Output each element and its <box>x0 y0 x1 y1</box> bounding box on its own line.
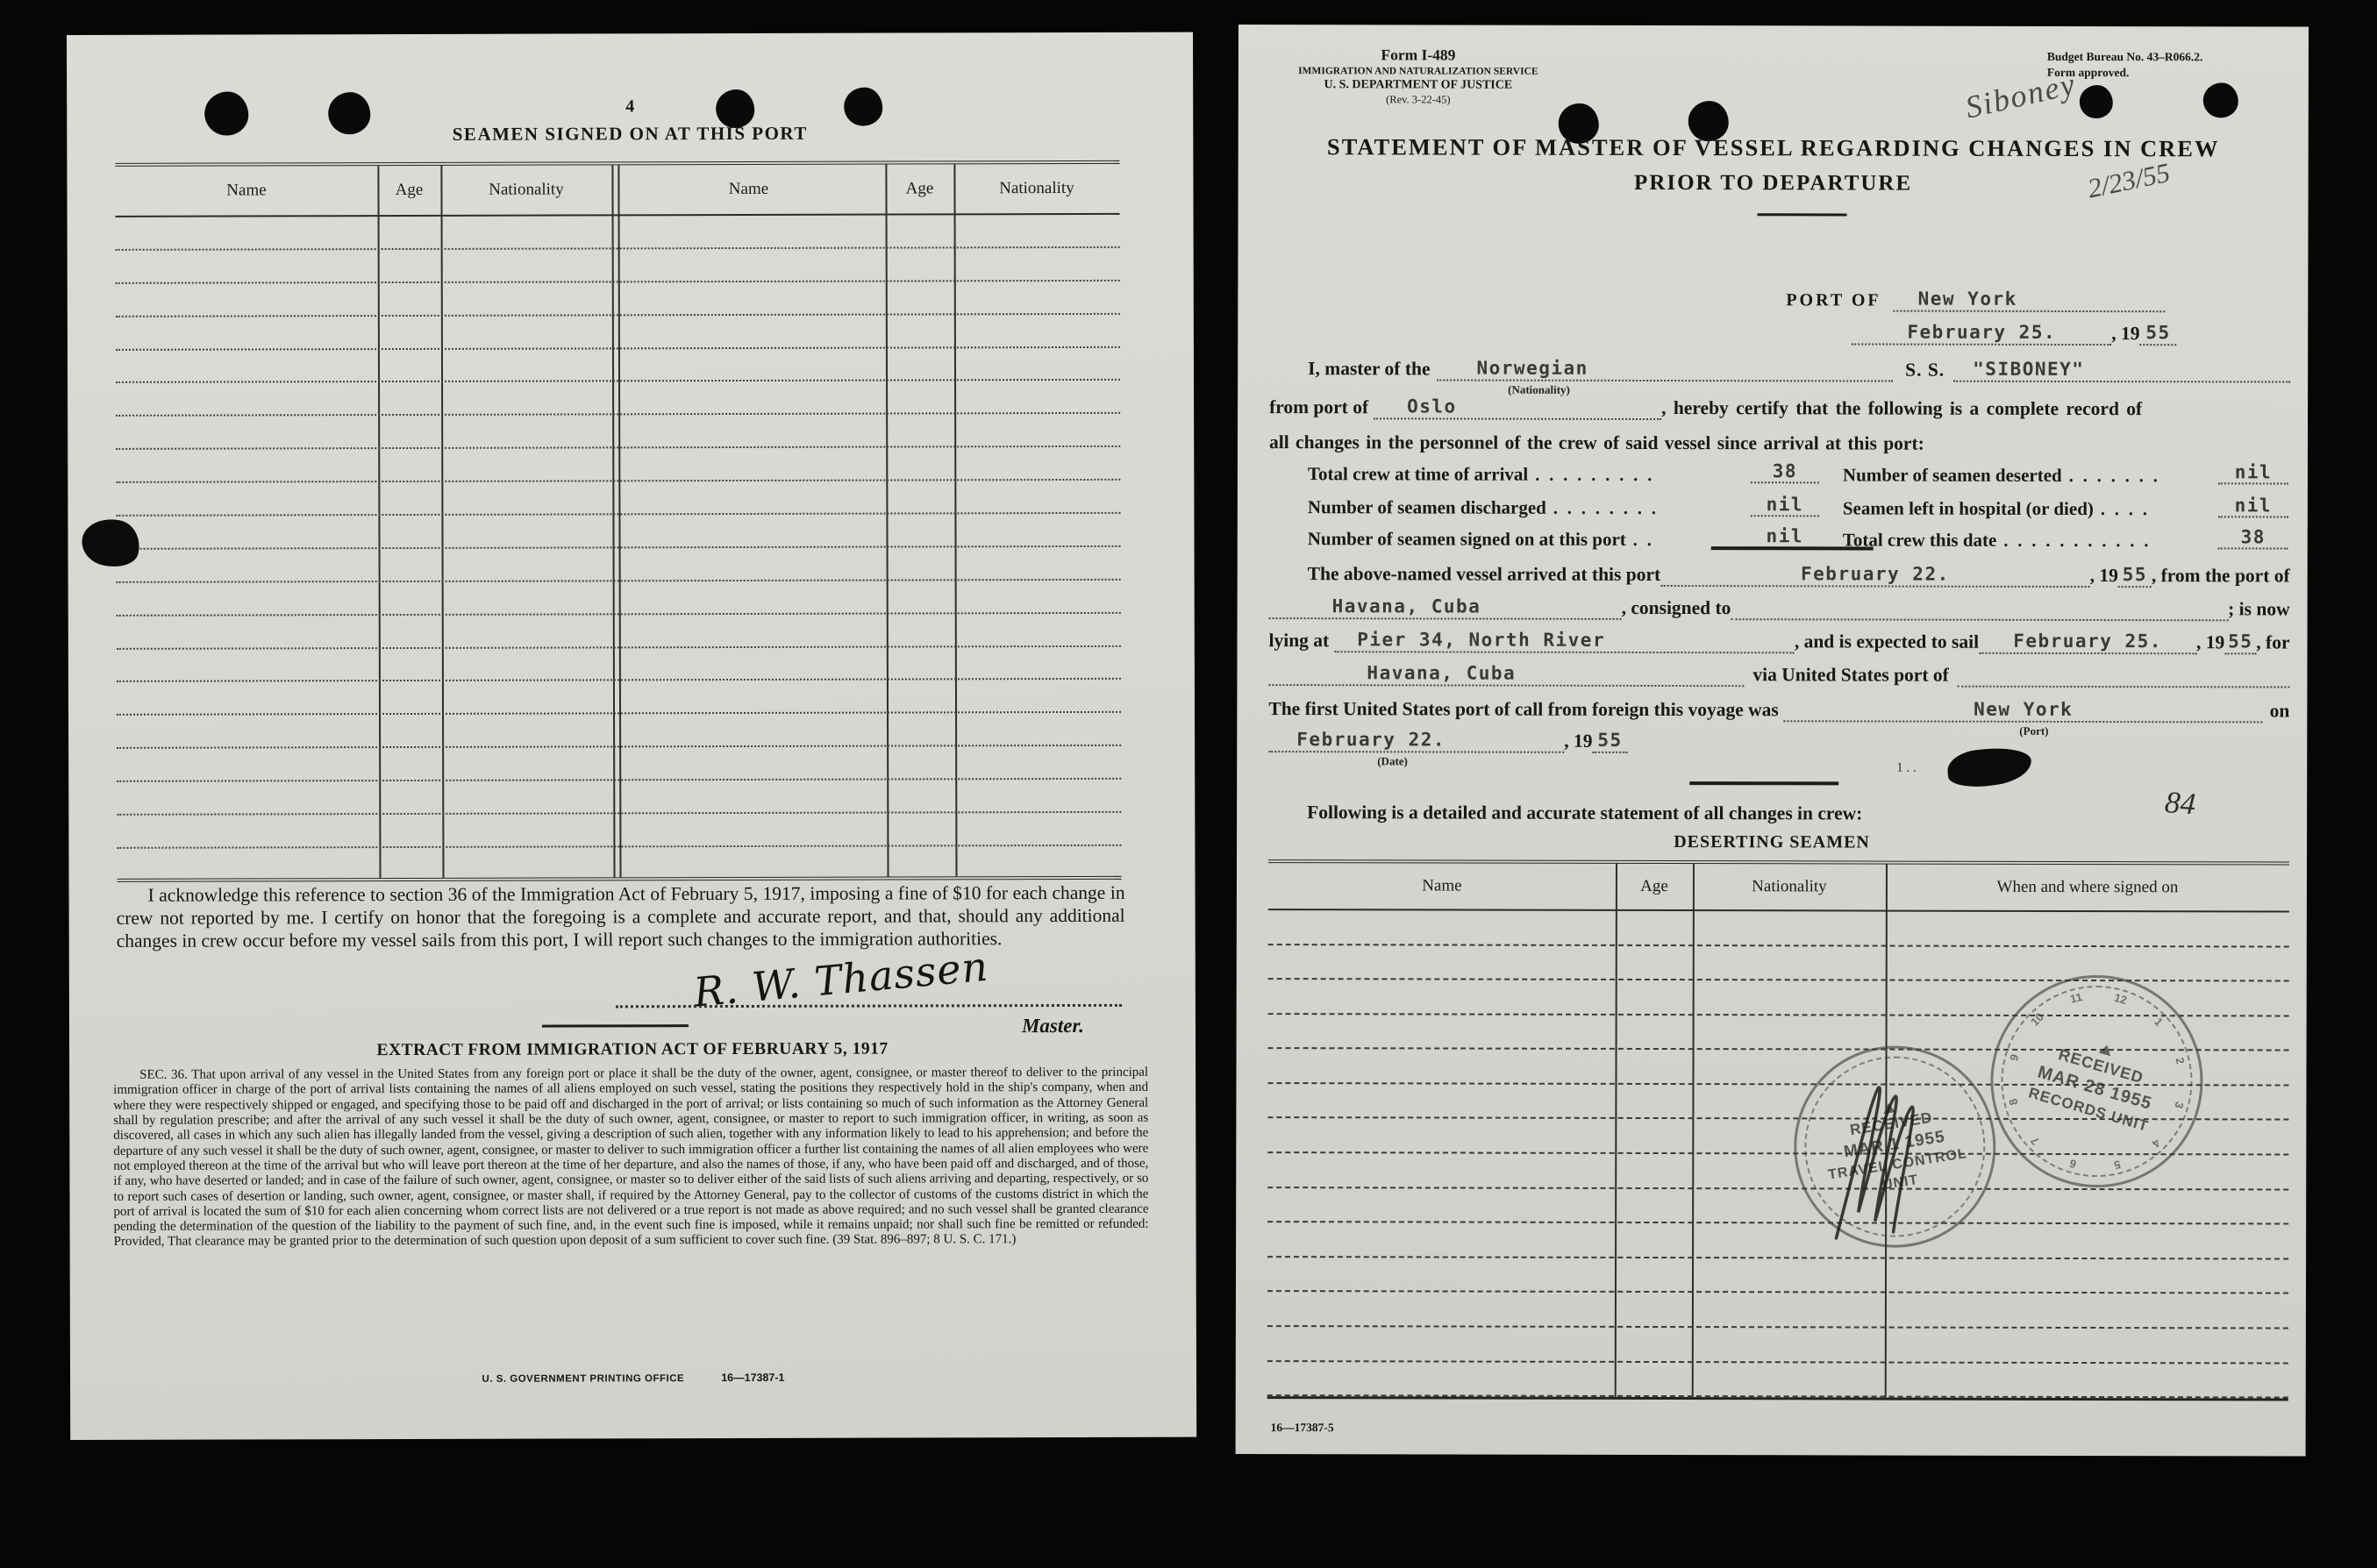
certify-line: all changes in the personnel of the crew… <box>1269 431 1924 455</box>
destination-field: Havana, Cuba <box>1268 663 1744 687</box>
stamp-dial-number: 5 <box>2113 1158 2123 1172</box>
table-row <box>117 646 1121 682</box>
budget-bureau-number: Budget Bureau No. 43–R066.2. <box>2047 49 2309 65</box>
port-line: PORT OF New York <box>1786 289 2165 312</box>
column-header-age: Age <box>1616 877 1693 896</box>
table-row <box>116 248 1120 284</box>
column-header-nationality: Nationality <box>953 179 1119 198</box>
extract-title: EXTRACT FROM IMMIGRATION ACT OF FEBRUARY… <box>69 1039 1196 1061</box>
arrival-year-value: 55 <box>2123 564 2147 585</box>
agency-name: IMMIGRATION AND NATURALIZATION SERVICE <box>1274 65 1563 78</box>
sail-date-field: February 25. <box>1979 631 2196 655</box>
sail-year-value: 55 <box>2228 631 2252 652</box>
lying-location-value: Pier 34, North River <box>1357 629 1605 651</box>
arrival-year-prefix: , 19 <box>2090 565 2118 587</box>
year-field: 55 <box>2139 323 2176 346</box>
column-header-name: Name <box>115 181 377 201</box>
divider-line <box>1689 781 1838 785</box>
nationality-value: Norwegian <box>1476 358 1588 379</box>
following-line: Following is a detailed and accurate sta… <box>1307 802 1862 824</box>
footer-code: 16—17387-5 <box>1271 1421 1334 1435</box>
date-field: February 25. <box>1852 322 2111 346</box>
table-row <box>117 813 1121 849</box>
sail-year-prefix: , 19 <box>2196 631 2224 653</box>
budget-bureau-block: Budget Bureau No. 43–R066.2. Form approv… <box>2047 49 2309 81</box>
stat-left-hospital: Seamen left in hospital (or died) . . . … <box>1843 497 2150 520</box>
form-title-line2: PRIOR TO DEPARTURE <box>1238 170 2309 197</box>
table-row <box>116 447 1120 483</box>
column-header-signed-on: When and where signed on <box>1886 878 2289 898</box>
signature-caption: Master. <box>1022 1015 1084 1037</box>
lying-location-field: Pier 34, North River <box>1334 630 1795 653</box>
column-header-nationality: Nationality <box>1693 877 1886 896</box>
records-unit-stamp: RECEIVED MAR 28 1955 RECORDS UNIT 12 1 2… <box>1990 975 2203 1188</box>
table-row <box>1268 945 2289 982</box>
divider-line <box>1711 546 1874 550</box>
stamp-dial-number: 4 <box>2150 1137 2164 1151</box>
page-number: 4 <box>67 96 1193 118</box>
arrival-date-field: February 22. <box>1660 564 2089 588</box>
lying-mid: , and is expected to sail <box>1795 631 1979 652</box>
port-field: New York <box>1894 289 2166 313</box>
dot-leader: . . . . <box>2101 500 2150 520</box>
stat-value: nil <box>1751 494 1819 517</box>
table-title: SEAMEN SIGNED ON AT THIS PORT <box>67 122 1193 146</box>
stamp-dial-number: 7 <box>2028 1134 2042 1148</box>
first-date-year-prefix: , 19 <box>1564 731 1592 752</box>
table-row <box>116 381 1120 417</box>
ship-name-field: "SIBONEY" <box>1953 360 2290 383</box>
table-row <box>1267 1292 2288 1329</box>
punch-hole <box>2080 85 2113 118</box>
signature-line <box>616 1004 1122 1009</box>
arrival-date-value: February 22. <box>1801 563 1950 584</box>
table-row <box>116 481 1120 517</box>
document-page-right: Form I-489 IMMIGRATION AND NATURALIZATIO… <box>1236 25 2309 1457</box>
dot-leader: . . . . . . . . . . . <box>2003 531 2151 552</box>
arrival-line: The above-named vessel arrived at this p… <box>1308 563 2290 588</box>
stat-value: 38 <box>1751 460 1819 483</box>
stat-label: Seamen left in hospital (or died) <box>1843 497 2094 520</box>
stamp-dial-number: 12 <box>2113 991 2129 1007</box>
sail-year-field: 55 <box>2224 631 2256 654</box>
dot-leader: . . . . . . . . . <box>1535 466 1654 486</box>
master-line: I, master of the Norwegian S. S. "SIBONE… <box>1308 358 2290 382</box>
first-date-value: February 22. <box>1296 729 1445 750</box>
table-row <box>117 780 1121 816</box>
table-row <box>117 713 1121 749</box>
from-port-post: , hereby certify that the following is a… <box>1661 397 2142 420</box>
table-row <box>116 282 1120 317</box>
arrived-from-port-field: Havana, Cuba <box>1269 596 1622 620</box>
master-line-pre: I, master of the <box>1308 358 1430 380</box>
ss-label: S. S. <box>1905 360 1945 381</box>
table-row <box>117 680 1121 716</box>
handwritten-page-number: 84 <box>2164 785 2197 822</box>
stat-value: 38 <box>2218 526 2288 549</box>
column-header-age: Age <box>885 179 953 198</box>
form-identification-block: Form I-489 IMMIGRATION AND NATURALIZATIO… <box>1274 46 1563 107</box>
port-label: PORT OF <box>1786 290 1881 310</box>
port-value: New York <box>1918 289 2017 310</box>
ink-scribble-blot <box>1945 745 2033 790</box>
from-port-field: Oslo <box>1374 396 1661 420</box>
first-date-line: February 22. , 19 55 <box>1268 730 1627 753</box>
table-row <box>117 547 1121 583</box>
column-header-age: Age <box>377 181 440 200</box>
dot-leader: . . <box>1633 531 1654 551</box>
year-prefix: , 19 <box>2111 323 2139 345</box>
stat-value: nil <box>1751 525 1819 548</box>
form-number: Form I-489 <box>1274 46 1563 66</box>
stat-label: Number of seamen signed on at this port <box>1308 528 1626 551</box>
extract-body: SEC. 36. That upon arrival of any vessel… <box>113 1066 1149 1251</box>
first-date-year-field: 55 <box>1593 731 1628 753</box>
arrived-from-port-value: Havana, Cuba <box>1332 595 1481 617</box>
table-row <box>1268 910 2289 947</box>
stamp-dial-number: 10 <box>2028 1010 2046 1029</box>
stat-signed-on: Number of seamen signed on at this port … <box>1308 528 1654 551</box>
stamp-dial-number: 6 <box>2068 1157 2078 1171</box>
arrival-year-field: 55 <box>2118 565 2152 588</box>
table-row <box>1267 1222 2288 1259</box>
lying-line: lying at Pier 34, North River , and is e… <box>1269 630 2290 654</box>
stat-seamen-discharged: Number of seamen discharged . . . . . . … <box>1308 496 1659 519</box>
stamp-dial-number: 11 <box>2068 990 2083 1006</box>
column-header-nationality: Nationality <box>440 180 611 200</box>
date-value: February 25. <box>1907 322 2056 343</box>
table-row <box>117 581 1121 617</box>
destination-value: Havana, Cuba <box>1367 662 1516 683</box>
form-title-line1: STATEMENT OF MASTER OF VESSEL REGARDING … <box>1238 133 2309 163</box>
ship-name-value: "SIBONEY" <box>1973 359 2084 380</box>
consignee-field-empty <box>1731 602 2228 621</box>
divider-line <box>542 1024 689 1027</box>
stamp-dial-number: 8 <box>2006 1097 2020 1107</box>
from-port-value: Oslo <box>1407 396 1457 417</box>
footer-code: 16—17387-1 <box>721 1372 784 1384</box>
sail-date-value: February 25. <box>2013 631 2162 652</box>
first-port-post: on <box>2270 700 2290 722</box>
first-port-line: The first United States port of call fro… <box>1268 698 2289 723</box>
year-value: 55 <box>2145 322 2170 343</box>
table-body <box>116 215 1122 849</box>
nationality-field: Norwegian <box>1437 358 1893 381</box>
footer-office: U. S. GOVERNMENT PRINTING OFFICE <box>482 1373 685 1385</box>
punch-hole <box>2203 82 2238 118</box>
arrival-pre: The above-named vessel arrived at this p… <box>1308 563 1661 586</box>
handwritten-ship-name: Siboney <box>1962 65 2080 125</box>
first-port-value: New York <box>1974 699 2073 720</box>
nationality-caption: (Nationality) <box>1508 383 1570 397</box>
document-page-left: 4 SEAMEN SIGNED ON AT THIS PORT Name Age… <box>67 32 1196 1440</box>
via-line: Havana, Cuba via United States port of <box>1268 663 2289 688</box>
seamen-signed-on-table: Name Age Nationality Name Age Nationalit… <box>115 160 1121 882</box>
lying-post: , for <box>2256 631 2289 653</box>
first-date-year-value: 55 <box>1597 730 1622 751</box>
stat-label: Total crew at time of arrival <box>1308 463 1528 486</box>
stat-label: Number of seamen discharged <box>1308 496 1546 519</box>
consigned-post: ; is now <box>2228 598 2290 620</box>
stat-value: nil <box>2218 495 2288 517</box>
column-header-name: Name <box>1268 876 1616 896</box>
stamp-dial-number: 2 <box>2173 1056 2187 1066</box>
from-port-label: from port of <box>1269 396 1368 418</box>
table-row <box>1267 1362 2288 1399</box>
column-header-name: Name <box>611 180 885 200</box>
first-date-field: February 22. <box>1268 730 1564 753</box>
table-row <box>116 514 1120 550</box>
table-row <box>1267 1327 2288 1364</box>
stamp-dial-number: 1 <box>2152 1015 2166 1029</box>
via-label: via United States port of <box>1752 664 1948 686</box>
stat-label: Number of seamen deserted <box>1843 464 2062 487</box>
stat-seamen-deserted: Number of seamen deserted . . . . . . . <box>1843 464 2160 487</box>
department-name: U. S. DEPARTMENT OF JUSTICE <box>1274 77 1563 93</box>
stat-total-crew-date: Total crew this date . . . . . . . . . .… <box>1843 529 2152 552</box>
consigned-label: , consigned to <box>1622 597 1731 619</box>
stamp-initials-scrawl <box>1815 1053 1959 1267</box>
table-row <box>116 215 1120 251</box>
table-row <box>117 746 1121 782</box>
port-caption: (Port) <box>2019 724 2048 738</box>
stamp-dial-number: 3 <box>2172 1101 2186 1110</box>
table-row <box>117 614 1121 650</box>
form-approved-note: Form approved. <box>2047 64 2309 80</box>
table-row <box>116 315 1120 351</box>
stat-total-crew-arrival: Total crew at time of arrival . . . . . … <box>1308 463 1654 486</box>
deserting-seamen-title: DESERTING SEAMEN <box>1237 831 2307 854</box>
page-footer: U. S. GOVERNMENT PRINTING OFFICE 16—1738… <box>70 1369 1196 1387</box>
dot-leader: . . . . . . . . <box>1553 499 1659 519</box>
first-port-field: New York <box>1784 699 2263 723</box>
via-port-field-empty <box>1958 670 2290 688</box>
stamp-dial-number: 9 <box>2007 1052 2021 1062</box>
stamp-emblem-icon <box>2099 1043 2114 1055</box>
title-underline <box>1758 213 1847 216</box>
from-port-line: from port of Oslo , hereby certify that … <box>1269 396 2290 421</box>
table-header-row: Name Age Nationality When and where sign… <box>1268 863 2289 912</box>
arrival-post: , from the port of <box>2152 565 2290 587</box>
date-caption: (Date) <box>1377 754 1408 768</box>
stat-value: nil <box>2218 461 2288 484</box>
first-port-pre: The first United States port of call fro… <box>1268 698 1778 721</box>
table-row <box>1267 1258 2288 1294</box>
revision-note: (Rev. 3-22-45) <box>1274 93 1563 107</box>
acknowledgment-paragraph: I acknowledge this reference to section … <box>117 881 1125 952</box>
lying-pre: lying at <box>1269 630 1330 652</box>
stray-pen-mark: 1 . . <box>1896 761 1917 776</box>
table-row <box>116 414 1120 450</box>
consigned-line: Havana, Cuba , consigned to ; is now <box>1269 596 2290 621</box>
dot-leader: . . . . . . . <box>2069 467 2160 487</box>
table-row <box>116 347 1120 383</box>
date-line: February 25. , 19 55 <box>1852 322 2176 346</box>
